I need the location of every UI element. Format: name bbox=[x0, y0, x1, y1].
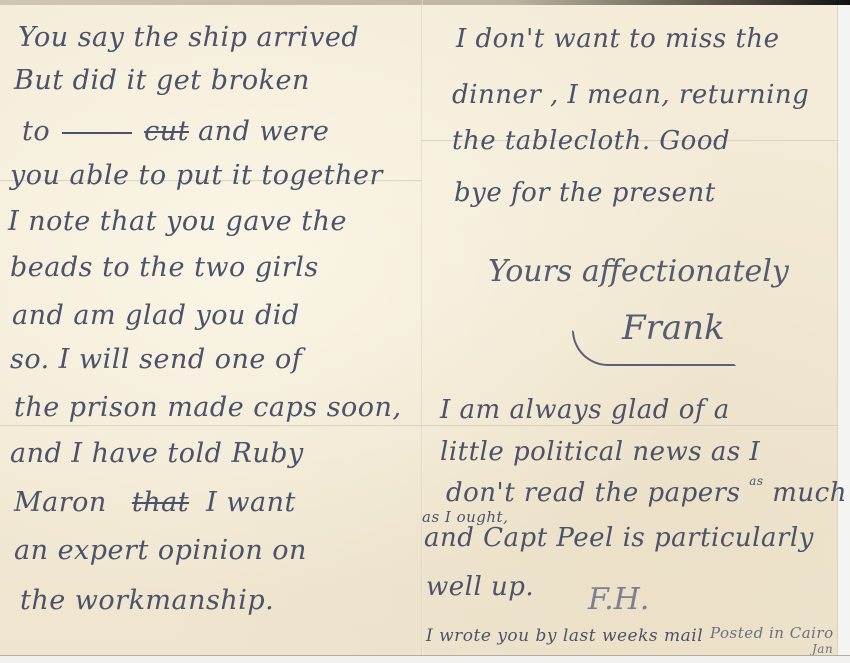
fold-line-middle bbox=[0, 425, 838, 427]
signature-flourish bbox=[572, 330, 736, 366]
left-line-1: You say the ship arrived bbox=[18, 22, 359, 53]
i-want: I want bbox=[206, 487, 296, 518]
ps-line-3-much: much bbox=[772, 478, 847, 508]
left-line-4: you able to put it together bbox=[10, 160, 383, 191]
left-line-10: and I have told Ruby bbox=[10, 438, 304, 469]
left-line-7: and am glad you did bbox=[12, 300, 300, 331]
left-line-13: the workmanship. bbox=[20, 585, 274, 616]
left-line-12: an expert opinion on bbox=[14, 535, 307, 566]
right-line-2: dinner , I mean, returning bbox=[452, 80, 809, 110]
ps-line-1: I am always glad of a bbox=[440, 395, 730, 425]
posted-note: Posted in Cairo bbox=[710, 624, 834, 642]
ps-line-3: don't read the papers as much bbox=[446, 478, 847, 508]
blank-dash bbox=[62, 132, 132, 134]
paper-bottom-edge bbox=[0, 655, 850, 663]
left-line-6: beads to the two girls bbox=[10, 252, 319, 283]
ps-line-3-text: don't read the papers bbox=[446, 478, 740, 508]
left-line-9: the prison made caps soon, bbox=[14, 392, 402, 423]
paper-top-edge bbox=[0, 0, 850, 5]
initials-monogram: F.H. bbox=[588, 582, 649, 617]
struck-word: cut bbox=[144, 116, 189, 147]
left-line-8: so. I will send one of bbox=[10, 344, 302, 375]
left-line-11: Maron that I want bbox=[14, 487, 296, 518]
posted-tail: Jan bbox=[812, 642, 833, 656]
right-line-1: I don't want to miss the bbox=[456, 24, 780, 54]
ps-line-5: well up. bbox=[426, 572, 534, 602]
right-line-3: the tablecloth. Good bbox=[452, 126, 730, 156]
left-line-3: tocut and were bbox=[22, 116, 329, 147]
ps-line-4: and Capt Peel is particularly bbox=[424, 523, 814, 553]
scan-margin bbox=[837, 5, 850, 663]
struck-that: that bbox=[132, 487, 189, 518]
left-line-5: I note that you gave the bbox=[8, 206, 347, 237]
right-line-4: bye for the present bbox=[454, 178, 716, 208]
left-line-2: But did it get broken bbox=[14, 65, 310, 96]
ps-line-2: little political news as I bbox=[440, 437, 760, 467]
closing: Yours affectionately bbox=[488, 254, 789, 289]
left-line-3-rest: and were bbox=[198, 116, 329, 147]
footer-note: I wrote you by last weeks mail bbox=[426, 626, 703, 646]
left-line-3-to: to bbox=[22, 116, 50, 147]
caret-insert-as: as bbox=[749, 474, 763, 488]
name-maron: Maron bbox=[14, 487, 107, 518]
vertical-fold-line bbox=[421, 0, 423, 660]
